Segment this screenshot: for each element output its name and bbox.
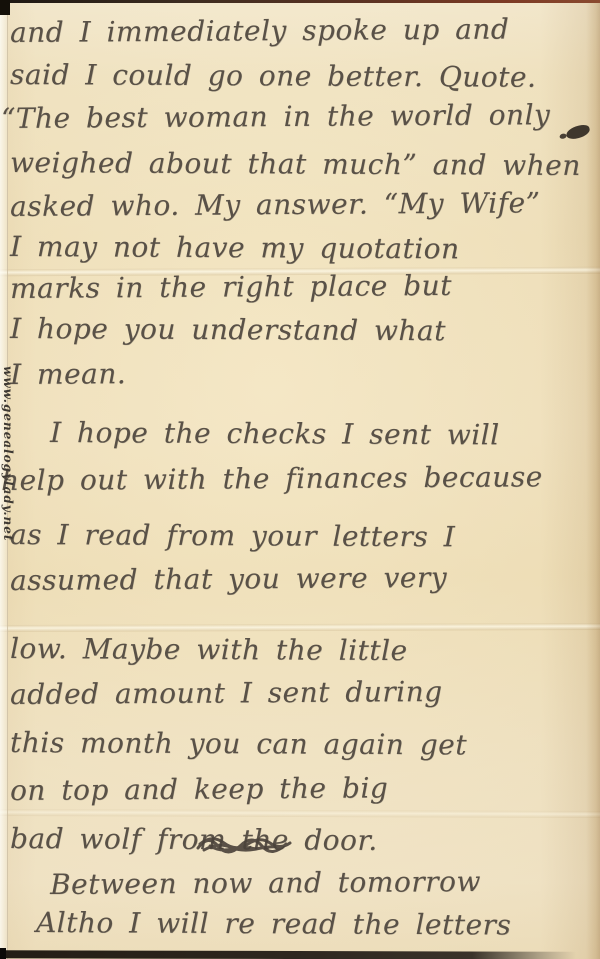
fold-crease-bottom (0, 809, 600, 818)
fold-crease-middle (0, 623, 600, 632)
letter-scan-page: www.genealogylady.net and I immediately … (0, 0, 600, 959)
handwriting-line: marks in the right place but (10, 269, 452, 305)
handwriting-line: on top and keep the big (10, 771, 388, 807)
handwriting-line: I hope the checks I sent will (50, 416, 500, 451)
handwriting-line: Altho I will re read the letters (36, 906, 512, 941)
handwriting-line: as I read from your letters I (10, 518, 455, 553)
scan-edge-right (586, 0, 600, 959)
scan-corner-bottom-left (0, 948, 6, 959)
handwriting-line: this month you can again get (10, 726, 467, 761)
handwriting-line: Between now and tomorrow (50, 865, 481, 901)
scan-corner-top-left (0, 0, 10, 15)
handwriting-line: bad wolf from the door. (10, 822, 378, 857)
scan-edge-top (0, 0, 600, 3)
handwriting-line: low. Maybe with the little (10, 632, 408, 667)
handwriting-line: said I could go one better. Quote. (10, 58, 537, 94)
handwriting-line: added amount I sent during (10, 675, 443, 711)
watermark-url: www.genealogylady.net (1, 366, 15, 541)
handwriting-line: and I immediately spoke up and (10, 13, 510, 49)
ink-scribble (196, 830, 294, 860)
handwriting-line: I hope you understand what (10, 312, 446, 347)
handwriting-line: assumed that you were very (10, 561, 447, 597)
handwriting-line: I may not have my quotation (10, 230, 460, 265)
scan-edge-bottom (0, 950, 576, 959)
handwriting-line: help out with the finances because (1, 460, 543, 497)
handwriting-line: I mean. (10, 357, 126, 391)
handwriting-line: asked who. My answer. “My Wife” (10, 186, 541, 223)
handwriting-line: “The best woman in the world only (1, 98, 551, 135)
handwriting-line: weighed about that much” and when (10, 146, 581, 182)
